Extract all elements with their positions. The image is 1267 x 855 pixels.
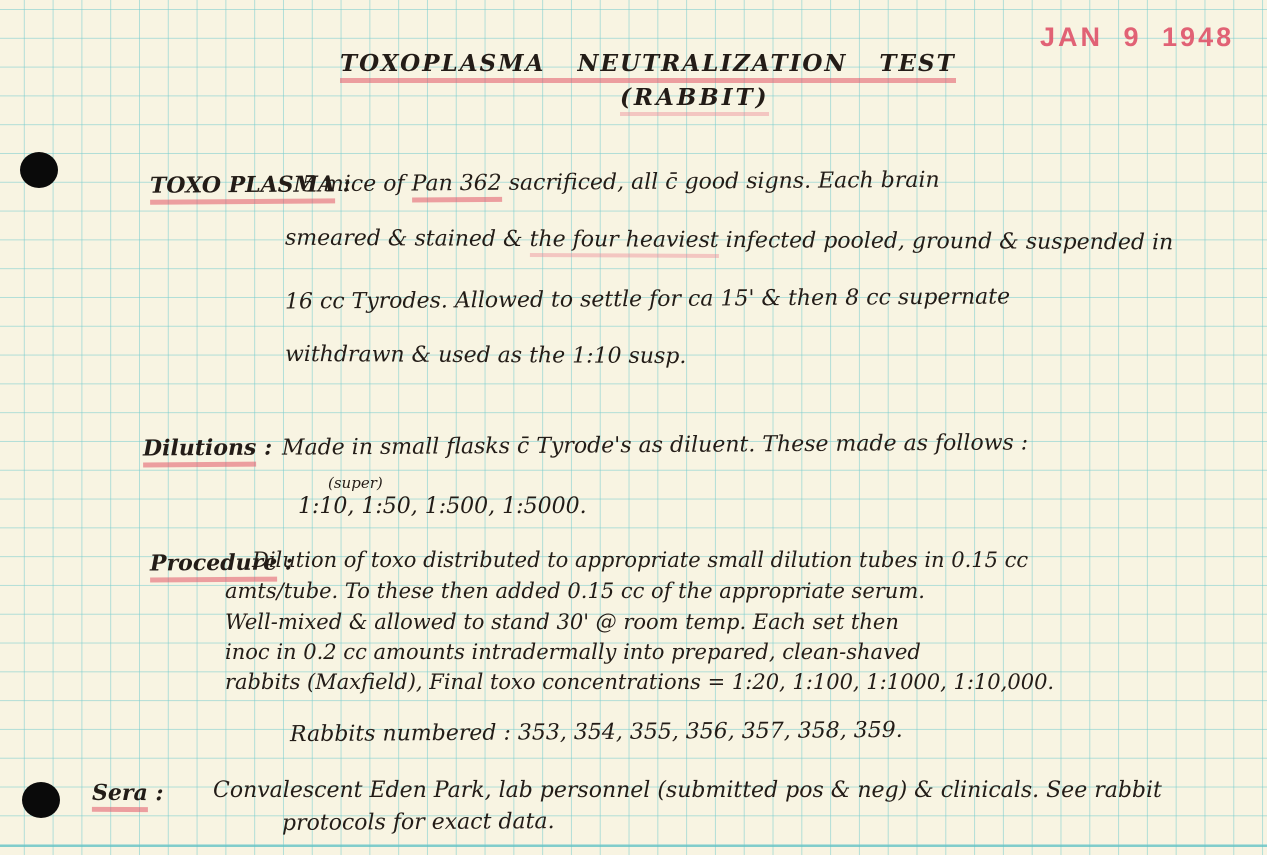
toxoplasma-line-2: smeared & stained & the four heaviest in… xyxy=(285,226,1173,257)
toxoplasma-line-3: 16 cc Tyrodes. Allowed to settle for ca … xyxy=(285,284,1010,315)
procedure-line-1: Dilution of toxo distributed to appropri… xyxy=(252,548,1028,573)
section-label-dilutions: Dilutions : xyxy=(143,435,272,462)
notebook-page: JAN 9 1948 TOXOPLASMA NEUTRALIZATION TES… xyxy=(0,0,1267,855)
highlight-four-heaviest: the four heaviest xyxy=(530,227,719,258)
procedure-line-2: amts/tube. To these then added 0.15 cc o… xyxy=(225,579,925,604)
punch-hole-top xyxy=(20,152,58,188)
page-subtitle-text: (RABBIT) xyxy=(620,84,769,116)
toxoplasma-line-1: 5 mice of Pan 362 sacrificed, all c̄ goo… xyxy=(302,168,940,199)
toxoplasma-line-4: withdrawn & used as the 1:10 susp. xyxy=(285,342,687,370)
colon: : xyxy=(155,780,163,806)
dilutions-values: 1:10, 1:50, 1:500, 1:5000. xyxy=(298,494,587,520)
procedure-line-3: Well-mixed & allowed to stand 30' @ room… xyxy=(225,610,899,635)
paper-edge-line xyxy=(0,845,1267,847)
dilutions-super-note: (super) xyxy=(328,474,383,492)
sera-line-1: Convalescent Eden Park, lab personnel (s… xyxy=(213,778,1162,804)
rabbits-numbered-line: Rabbits numbered : 353, 354, 355, 356, 3… xyxy=(290,718,903,749)
dilutions-line-1: Made in small flasks c̄ Tyrode's as dilu… xyxy=(282,430,1028,462)
highlight-pan-362: Pan 362 xyxy=(412,171,502,203)
date-stamp: JAN 9 1948 xyxy=(1040,22,1234,53)
page-title-text: TOXOPLASMA NEUTRALIZATION TEST xyxy=(340,50,956,83)
section-label-sera: Sera : xyxy=(92,780,164,807)
colon: : xyxy=(264,435,272,461)
procedure-line-5: rabbits (Maxfield), Final toxo concentra… xyxy=(225,670,1054,695)
sera-line-2: protocols for exact data. xyxy=(282,809,555,837)
punch-hole-bottom xyxy=(22,782,60,818)
page-subtitle: (RABBIT) xyxy=(620,84,769,112)
procedure-line-4: inoc in 0.2 cc amounts intradermally int… xyxy=(225,640,921,665)
page-title: TOXOPLASMA NEUTRALIZATION TEST xyxy=(340,50,956,78)
